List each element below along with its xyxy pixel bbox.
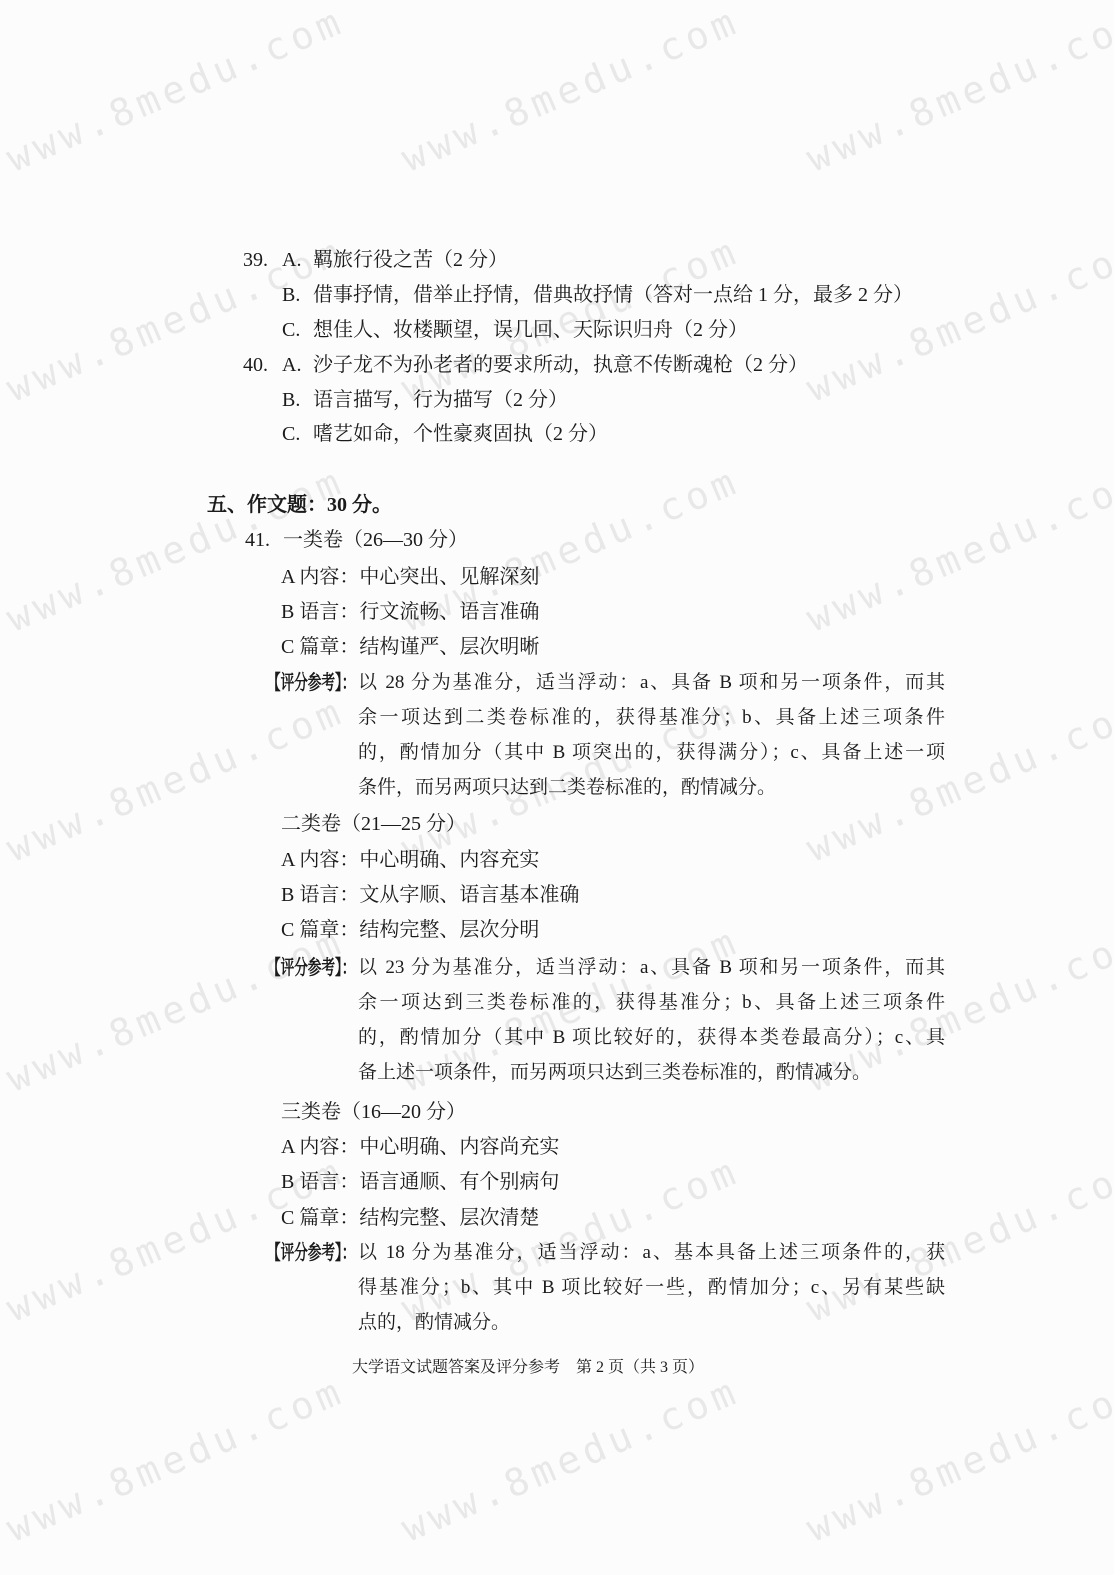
answer-line: C.嗜艺如命，个性豪爽固执（2 分）	[243, 420, 608, 448]
document-page: www.8medu.com www.8medu.com www.8medu.co…	[0, 0, 1114, 1575]
scoring-ref-line: 备上述一项条件，而另两项只达到三类卷标准的，酌情减分。	[358, 1059, 871, 1089]
criteria-line: C 篇章：结构谨严、层次明晰	[281, 633, 539, 661]
scoring-ref-line: 以 18 分为基准分，适当浮动：a、基本具备上述三项条件的，获	[358, 1239, 945, 1269]
watermark-text: www.8medu.com	[800, 1368, 1114, 1550]
criteria-line: C 篇章：结构完整、层次分明	[281, 916, 539, 944]
watermark-text: www.8medu.com	[800, 458, 1114, 640]
scoring-ref-label: 【评分参考】：	[267, 669, 355, 697]
item-number: 41.	[245, 526, 283, 554]
answer-line: B.借事抒情，借举止抒情，借典故抒情（答对一点给 1 分，最多 2 分）	[243, 281, 913, 309]
scoring-ref-line: 条件，而另两项只达到二类卷标准的，酌情减分。	[358, 774, 776, 804]
scoring-ref-line: 以 23 分为基准分，适当浮动：a、具备 B 项和另一项条件，而其	[358, 954, 945, 984]
option-label: A.	[282, 351, 313, 379]
answer-line: 39.A.羁旅行役之苦（2 分）	[243, 246, 508, 274]
question-number: 39.	[243, 246, 282, 274]
watermark-text: www.8medu.com	[0, 0, 351, 181]
watermark-text: www.8medu.com	[0, 918, 351, 1100]
scoring-ref-line: 余一项达到二类卷标准的，获得基准分；b、具备上述三项条件	[358, 704, 945, 734]
scoring-ref-label: 【评分参考】：	[267, 1239, 355, 1267]
criteria-line: A 内容：中心突出、见解深刻	[281, 563, 539, 591]
option-label: C.	[282, 420, 313, 448]
answer-line: C.想佳人、妆楼颙望，误几回、天际识归舟（2 分）	[243, 316, 748, 344]
option-text: 想佳人、妆楼颙望，误几回、天际识归舟（2 分）	[313, 319, 748, 341]
grade-title: 三类卷（16—20 分）	[281, 1098, 466, 1126]
question-number: 40.	[243, 351, 282, 379]
option-text: 嗜艺如命，个性豪爽固执（2 分）	[313, 423, 608, 445]
scoring-ref-line: 得基准分；b、其中 B 项比较好一些，酌情加分；c、另有某些缺	[358, 1274, 945, 1304]
option-label: C.	[282, 316, 313, 344]
grade-title: 二类卷（21—25 分）	[281, 810, 466, 838]
option-label: B.	[282, 281, 313, 309]
page-footer: 大学语文试题答案及评分参考 第 2 页（共 3 页）	[352, 1356, 704, 1380]
option-label: B.	[282, 386, 313, 414]
section-heading: 五、作文题：30 分。	[207, 491, 392, 519]
scoring-ref-line: 的，酌情加分（其中 B 项比较好的，获得本类卷最高分）；c、具	[358, 1024, 945, 1054]
watermark-text: www.8medu.com	[0, 1368, 351, 1550]
option-text: 羁旅行役之苦（2 分）	[313, 249, 508, 271]
criteria-line: A 内容：中心明确、内容尚充实	[281, 1133, 559, 1161]
answer-line: 40.A.沙子龙不为孙老者的要求所动，执意不传断魂枪（2 分）	[243, 351, 808, 379]
criteria-line: A 内容：中心明确、内容充实	[281, 846, 539, 874]
scoring-ref-line: 余一项达到三类卷标准的，获得基准分；b、具备上述三项条件	[358, 989, 945, 1019]
watermark-text: www.8medu.com	[395, 0, 746, 181]
grade-title-line: 41.一类卷（26—30 分）	[245, 526, 468, 554]
watermark-text: www.8medu.com	[800, 0, 1114, 181]
scoring-ref-line: 以 28 分为基准分，适当浮动：a、具备 B 项和另一项条件，而其	[358, 669, 945, 699]
criteria-line: B 语言：语言通顺、有个别病句	[281, 1168, 559, 1196]
grade-title: 一类卷（26—30 分）	[283, 529, 468, 551]
scoring-ref-line: 点的，酌情减分。	[358, 1309, 510, 1339]
criteria-line: B 语言：行文流畅、语言准确	[281, 598, 539, 626]
option-label: A.	[282, 246, 313, 274]
option-text: 沙子龙不为孙老者的要求所动，执意不传断魂枪（2 分）	[313, 354, 808, 376]
answer-line: B.语言描写，行为描写（2 分）	[243, 386, 568, 414]
watermark-text: www.8medu.com	[0, 688, 351, 870]
option-text: 语言描写，行为描写（2 分）	[313, 389, 568, 411]
scoring-ref-label: 【评分参考】：	[267, 954, 355, 982]
scoring-ref-line: 的，酌情加分（其中 B 项突出的，获得满分）；c、具备上述一项	[358, 739, 945, 769]
watermark-text: www.8medu.com	[395, 1368, 746, 1550]
option-text: 借事抒情，借举止抒情，借典故抒情（答对一点给 1 分，最多 2 分）	[313, 284, 913, 306]
criteria-line: C 篇章：结构完整、层次清楚	[281, 1204, 539, 1232]
watermark-text: www.8medu.com	[800, 228, 1114, 410]
criteria-line: B 语言：文从字顺、语言基本准确	[281, 881, 579, 909]
